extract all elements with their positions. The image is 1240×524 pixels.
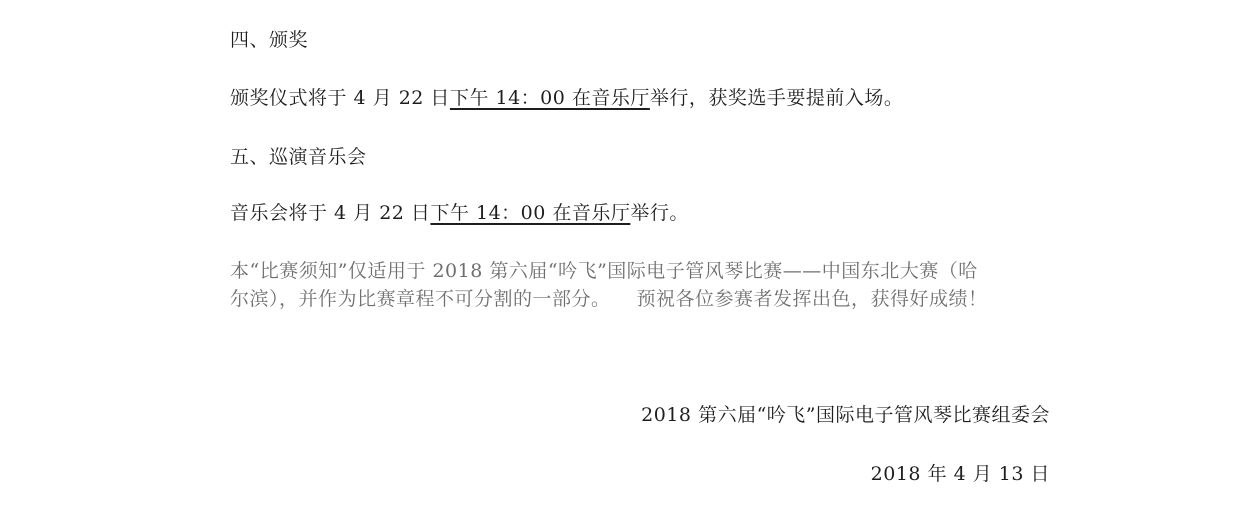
signature-date: 2018 年 4 月 13 日: [871, 462, 1050, 486]
organizer-signature: 2018 第六届“吟飞”国际电子管风琴比赛组委会: [641, 403, 1050, 427]
section-heading-concert: 五、巡演音乐会: [230, 145, 367, 169]
note-line-2-a: 尔滨），并作为比赛章程不可分割的一部分。: [230, 288, 611, 310]
note-line-2-b: 预祝各位参赛者发挥出色，获得好成绩！: [637, 288, 988, 310]
awards-text-prefix: 颁奖仪式将于 4 月 22 日: [230, 87, 450, 109]
awards-paragraph: 颁奖仪式将于 4 月 22 日下午 14：00 在音乐厅举行，获奖选手要提前入场…: [230, 86, 903, 110]
concert-paragraph: 音乐会将于 4 月 22 日下午 14：00 在音乐厅举行。: [230, 201, 689, 225]
concert-time-location: 下午 14：00 在音乐厅: [430, 202, 630, 224]
concert-text-prefix: 音乐会将于 4 月 22 日: [230, 202, 430, 224]
section-heading-awards: 四、颁奖: [230, 28, 308, 52]
concert-text-suffix: 举行。: [630, 202, 689, 224]
note-line-2: 尔滨），并作为比赛章程不可分割的一部分。预祝各位参赛者发挥出色，获得好成绩！: [230, 287, 988, 311]
awards-time-location: 下午 14：00 在音乐厅: [450, 87, 650, 109]
awards-text-suffix: 举行，获奖选手要提前入场。: [650, 87, 904, 109]
note-line-1: 本“比赛须知”仅适用于 2018 第六届“吟飞”国际电子管风琴比赛——中国东北大…: [230, 259, 978, 283]
